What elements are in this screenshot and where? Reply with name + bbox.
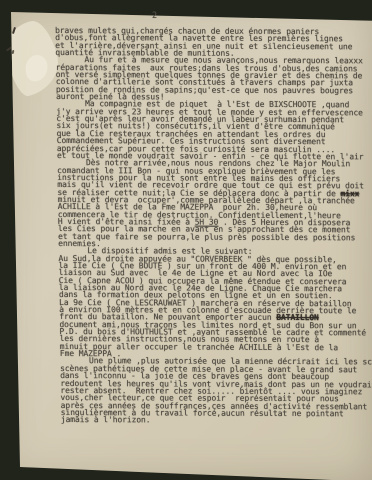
page-number: 2: [152, 11, 157, 21]
paper-damage-highlight: [25, 54, 49, 81]
scanned-document-photo: 2 braves mulets qui,chargés chacun de de…: [0, 0, 372, 480]
text-line: et tant que faire se pourra,le plus près…: [58, 233, 372, 242]
document-text: braves mulets qui,chargés chacun de deux…: [55, 27, 372, 425]
